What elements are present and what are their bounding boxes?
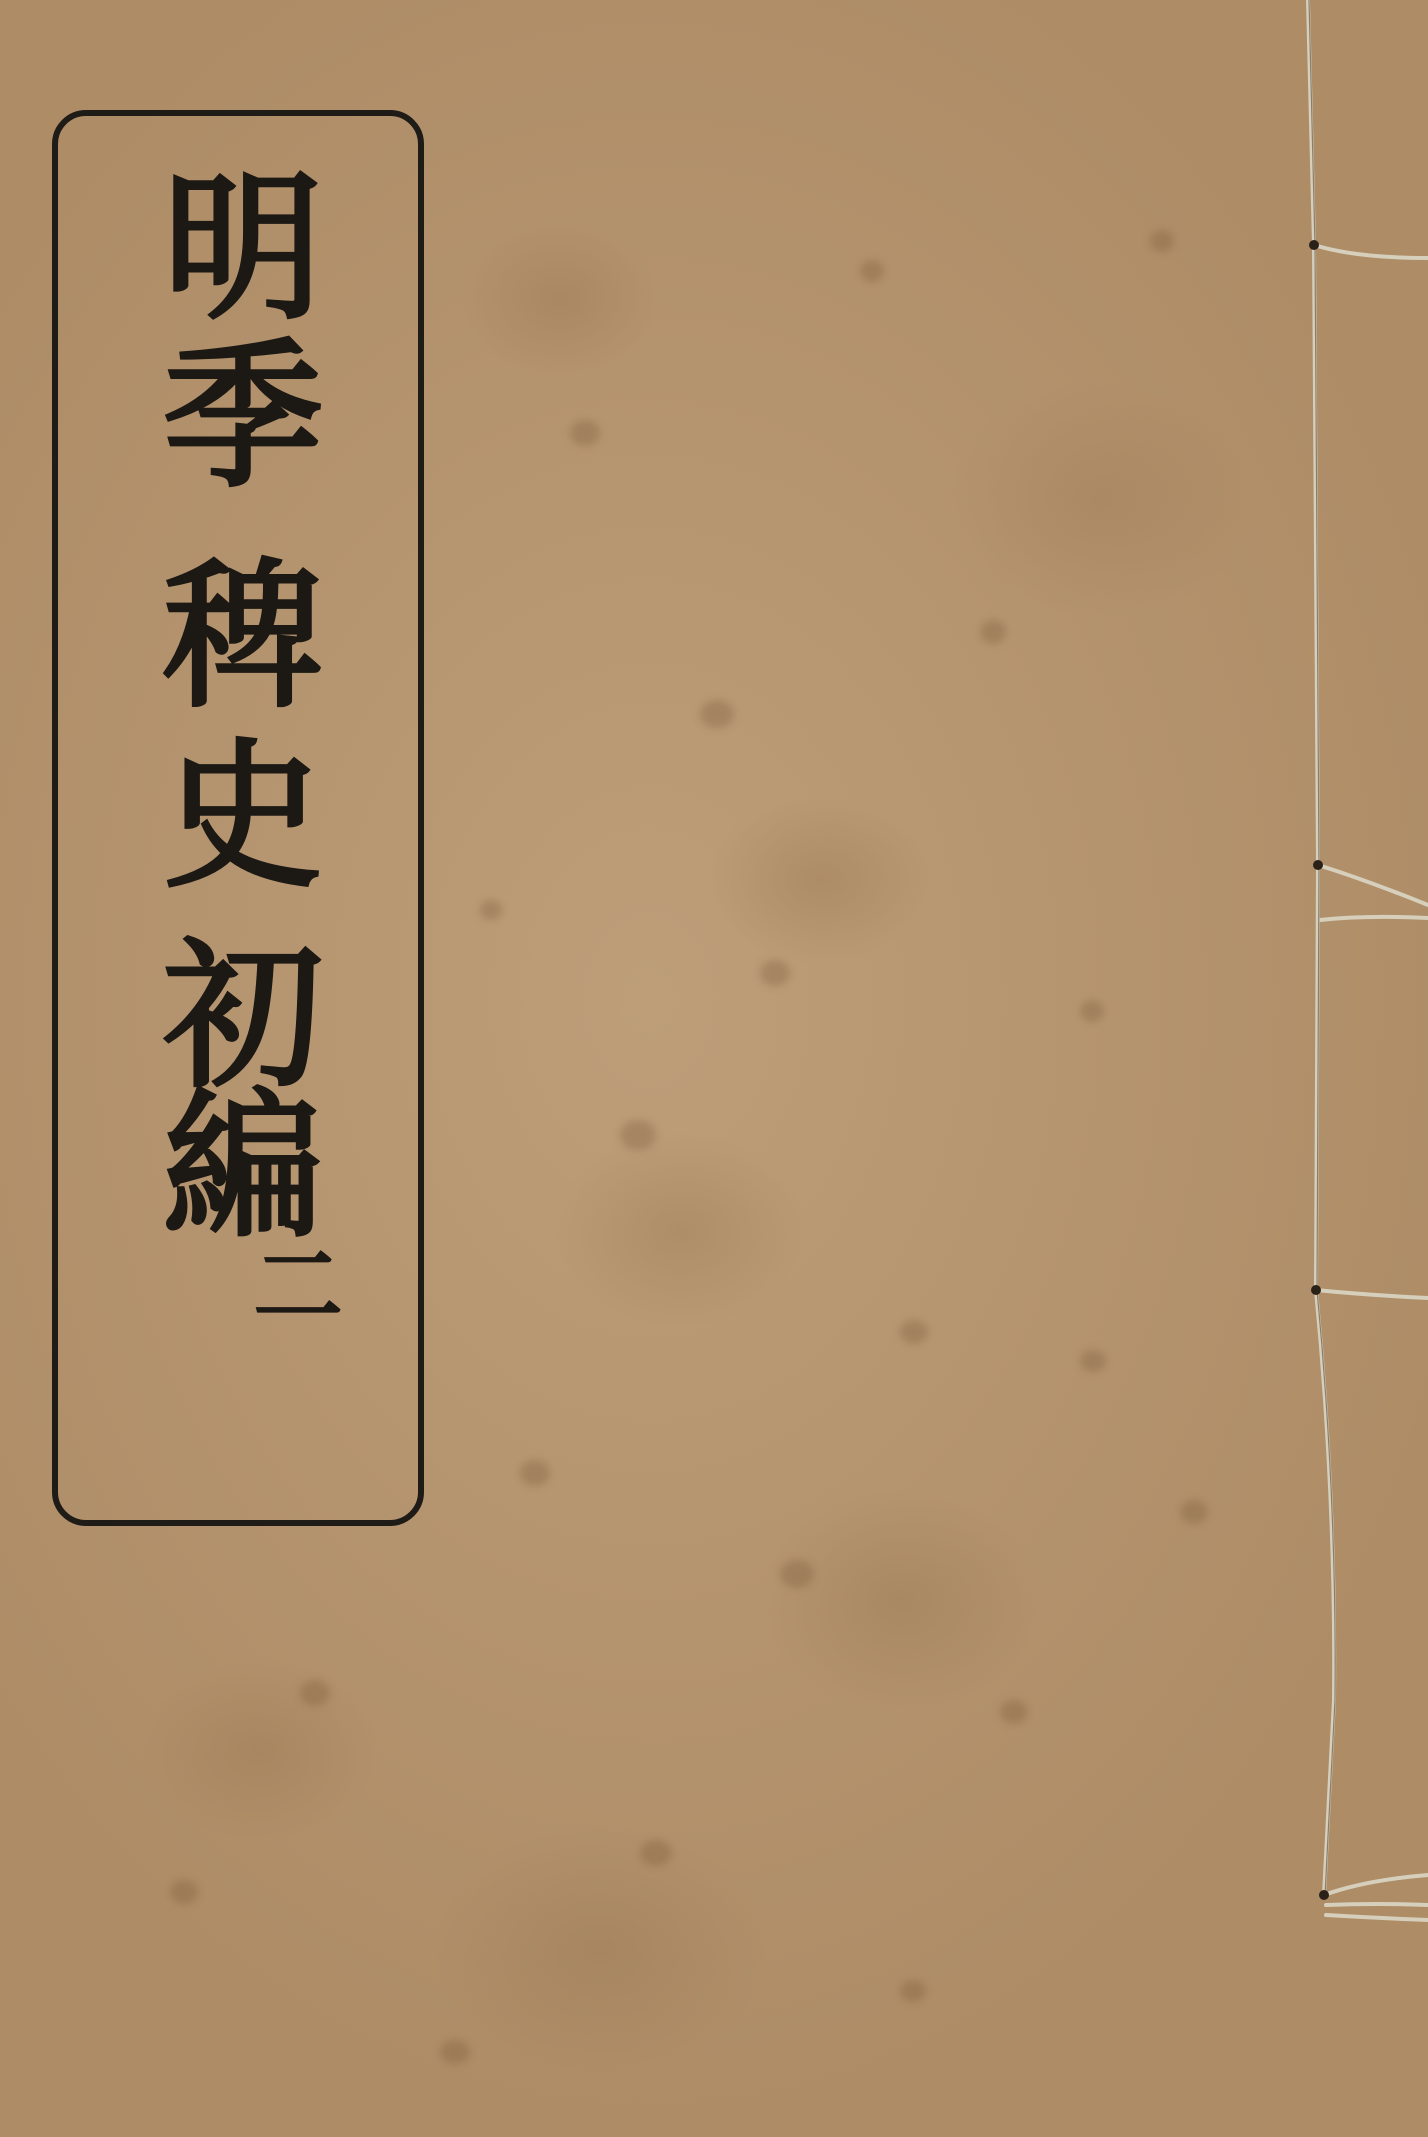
volume-number: 二 bbox=[238, 1241, 358, 1331]
title-char-2: 季 bbox=[153, 336, 333, 496]
title-label-frame: 明 季 稗 史 初 編 二 bbox=[52, 110, 424, 1526]
title-char-3: 稗 bbox=[153, 556, 333, 716]
thread-binding bbox=[1296, 0, 1428, 2137]
title-char-6: 編 bbox=[153, 1086, 333, 1246]
title-char-1: 明 bbox=[153, 168, 333, 328]
binding-thread-icon bbox=[1296, 0, 1428, 2137]
book-cover: 明 季 稗 史 初 編 二 bbox=[0, 0, 1428, 2137]
book-title: 明 季 稗 史 初 編 二 bbox=[58, 116, 418, 1520]
title-char-4: 史 bbox=[153, 736, 333, 896]
